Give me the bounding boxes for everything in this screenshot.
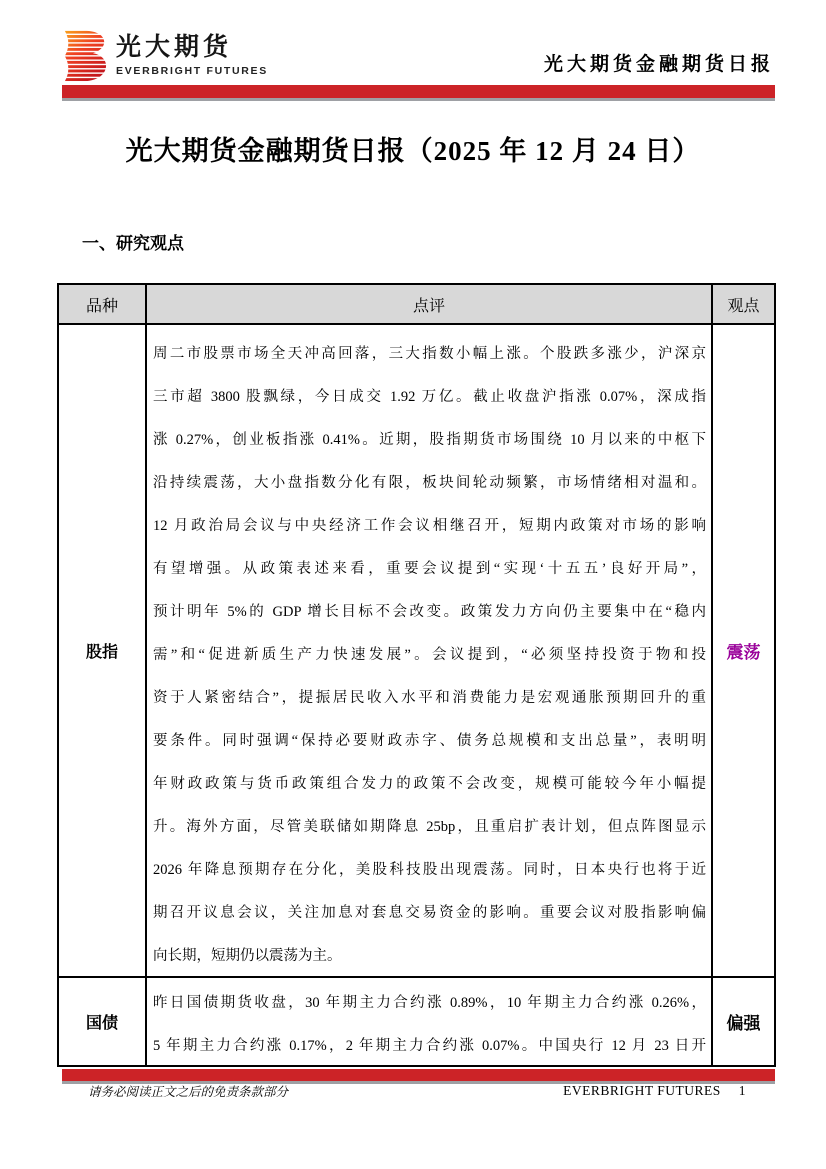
- variety-cell: 股指: [59, 325, 147, 976]
- header-accent-bar-shadow: [62, 98, 775, 101]
- document-title: 光大期货金融期货日报（2025 年 12 月 24 日）: [0, 129, 826, 168]
- header-report-title: 光大期货金融期货日报: [544, 49, 774, 76]
- variety-label: 国债: [86, 1010, 118, 1033]
- table-row-stock-index: 股指 周二市股票市场全天冲高回落，三大指数小幅上涨。个股跌多涨少，沪深京 三市超…: [59, 325, 774, 978]
- footer-disclaimer: 请务必阅读正文之后的免责条款部分: [88, 1082, 288, 1100]
- comment-text: 昨日国债期货收盘，30 年期主力合约涨 0.89%，10 年期主力合约涨 0.2…: [147, 978, 711, 1065]
- table-header-row: 品种 点评 观点: [59, 285, 774, 325]
- brand-name-cn: 光大期货: [116, 33, 268, 62]
- view-cell: 偏强: [713, 978, 774, 1065]
- brand-name-en: EVERBRIGHT FUTURES: [116, 65, 268, 77]
- table-row-treasury-bond: 国债 昨日国债期货收盘，30 年期主力合约涨 0.89%，10 年期主力合约涨 …: [59, 978, 774, 1065]
- header-accent-bar: [62, 85, 775, 98]
- brand-logo: 光大期货 EVERBRIGHT FUTURES: [62, 30, 268, 82]
- report-page: 光大期货 EVERBRIGHT FUTURES 光大期货金融期货日报 光大期货金…: [0, 0, 826, 1169]
- footer-page-number: 1: [739, 1083, 746, 1099]
- footer-brand-block: EVERBRIGHT FUTURES 1: [563, 1083, 746, 1099]
- variety-label: 股指: [86, 639, 118, 662]
- footer-brand: EVERBRIGHT FUTURES: [563, 1083, 721, 1099]
- comment-cell: 昨日国债期货收盘，30 年期主力合约涨 0.89%，10 年期主力合约涨 0.2…: [147, 978, 713, 1065]
- view-label-bond: 偏强: [727, 1009, 761, 1034]
- footer-accent-bar: [62, 1069, 775, 1081]
- header-label-comment: 点评: [413, 293, 445, 316]
- header-label-variety: 品种: [86, 293, 118, 316]
- comment-cell: 周二市股票市场全天冲高回落，三大指数小幅上涨。个股跌多涨少，沪深京 三市超 38…: [147, 325, 713, 976]
- header-label-view: 观点: [727, 293, 759, 316]
- header-cell-variety: 品种: [59, 285, 147, 323]
- everbright-logo-icon: [62, 30, 107, 82]
- section-heading: 一、研究观点: [82, 229, 184, 254]
- header-cell-view: 观点: [713, 285, 774, 323]
- variety-cell: 国债: [59, 978, 147, 1065]
- research-views-table: 品种 点评 观点 股指 周二市股票市场全天冲高回落，三大指数小幅上涨。个股跌多涨…: [57, 283, 776, 1065]
- view-cell: 震荡: [713, 325, 774, 976]
- brand-text: 光大期货 EVERBRIGHT FUTURES: [116, 33, 268, 77]
- comment-text: 周二市股票市场全天冲高回落，三大指数小幅上涨。个股跌多涨少，沪深京 三市超 38…: [147, 325, 711, 978]
- header-cell-comment: 点评: [147, 285, 713, 323]
- footer-rule: [57, 1065, 776, 1067]
- view-label-stock: 震荡: [727, 638, 761, 663]
